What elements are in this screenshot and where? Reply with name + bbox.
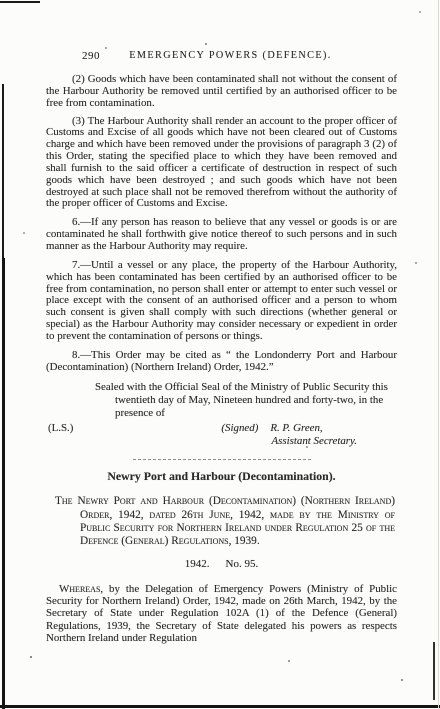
paragraph-2: (2) Goods which have been contaminated s… xyxy=(46,74,397,110)
paragraph-7: 7.—Until a vessel or any place, the prop… xyxy=(46,260,397,343)
signed-label: (Signed) xyxy=(221,422,258,434)
sealing-clause: Sealed with the Official Seal of the Min… xyxy=(95,381,397,419)
seal-mark: (L.S.) xyxy=(48,422,73,434)
section-heading: Newry Port and Harbour (Decontamination)… xyxy=(46,469,397,484)
citation-number: No. 95. xyxy=(226,558,259,570)
page-number: 290 xyxy=(82,50,100,62)
scan-edge-right-mark xyxy=(433,642,435,700)
signatory-title: Assistant Secretary. xyxy=(46,435,357,447)
whereas-paragraph: Whereas, by the Delegation of Emergency … xyxy=(46,583,397,644)
scanned-page: 290 EMERGENCY POWERS (DEFENCE). (2) Good… xyxy=(0,0,440,709)
section-divider xyxy=(133,459,311,460)
scan-edge-bottom xyxy=(0,705,440,708)
scan-edge-left-tail xyxy=(2,258,5,709)
scan-edge-top xyxy=(0,1,40,3)
paragraph-3: (3) The Harbour Authority shall render a… xyxy=(46,116,397,211)
citation-year: 1942. xyxy=(185,558,210,570)
scan-edge-right xyxy=(438,0,439,709)
scan-noise xyxy=(0,0,2,2)
paragraph-6: 6.—If any person has reason to believe t… xyxy=(46,217,397,253)
signature-row: (L.S.) (Signed) R. P. Green, xyxy=(46,422,397,434)
signatory-name: R. P. Green, xyxy=(270,422,322,434)
order-preamble: The Newry Port and Harbour (Decontaminat… xyxy=(46,495,395,549)
order-citation: 1942.No. 95. xyxy=(46,558,397,570)
running-header-title: EMERGENCY POWERS (DEFENCE). xyxy=(129,50,331,61)
whereas-label: Whereas xyxy=(59,583,100,595)
running-header: 290 EMERGENCY POWERS (DEFENCE). xyxy=(46,50,397,61)
page-content: 290 EMERGENCY POWERS (DEFENCE). (2) Good… xyxy=(46,50,397,644)
paragraph-8: 8.—This Order may be cited as “ the Lond… xyxy=(46,350,397,374)
